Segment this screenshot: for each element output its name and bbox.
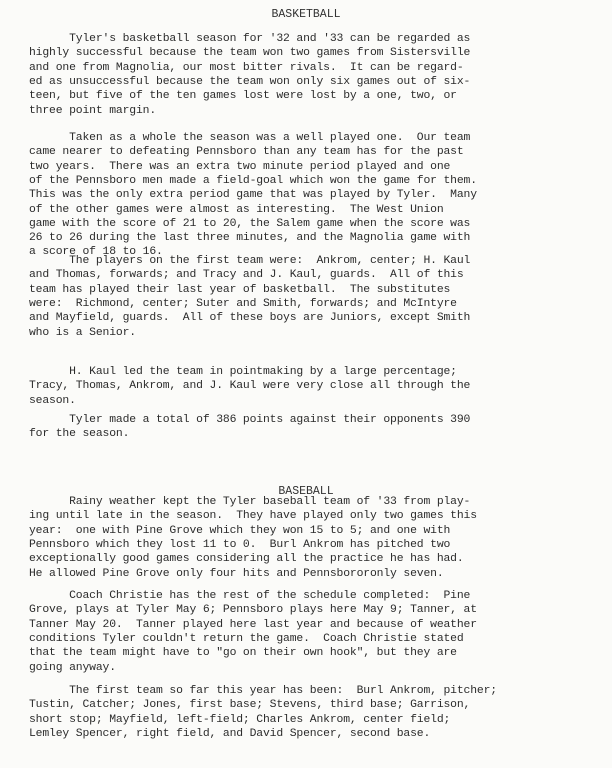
text-line: Tyler's basketball season for '32 and '3…	[29, 32, 470, 46]
text-line: who is a Senior.	[29, 326, 136, 340]
text-line: Tracy, Thomas, Ankrom, and J. Kaul were …	[29, 379, 470, 393]
text-line: exceptionally good games considering all…	[29, 552, 464, 566]
text-line: game with the score of 21 to 20, the Sal…	[29, 217, 470, 231]
text-line: Rainy weather kept the Tyler baseball te…	[29, 495, 470, 509]
text-line: and Mayfield, guards. All of these boys …	[29, 311, 470, 325]
text-line: year: one with Pine Grove which they won…	[29, 524, 450, 538]
typewritten-page: BASKETBALL Tyler's basketball season for…	[0, 0, 612, 768]
text-line: for the season.	[29, 427, 129, 441]
text-line: that the team might have to "go on their…	[29, 646, 457, 660]
text-line: going anyway.	[29, 661, 116, 675]
text-line: team has played their last year of baske…	[29, 283, 450, 297]
text-line: of the other games were almost as intere…	[29, 203, 444, 217]
text-line: ed as unsuccessful because the team won …	[29, 75, 470, 89]
text-line: Tyler made a total of 386 points against…	[29, 413, 470, 427]
text-line: and one from Magnolia, our most bitter r…	[29, 61, 464, 75]
text-line: The first team so far this year has been…	[29, 684, 497, 698]
text-line: He allowed Pine Grove only four hits and…	[29, 567, 444, 581]
text-line: were: Richmond, center; Suter and Smith,…	[29, 297, 457, 311]
text-line: came nearer to defeating Pennsboro than …	[29, 145, 464, 159]
text-line: This was the only extra period game that…	[29, 188, 477, 202]
text-line: season.	[29, 394, 76, 408]
text-line: of the Pennsboro men made a field-goal w…	[29, 174, 477, 188]
text-line: Grove, plays at Tyler May 6; Pennsboro p…	[29, 603, 477, 617]
text-line: Pennsboro which they lost 11 to 0. Burl …	[29, 538, 450, 552]
text-line: ing until late in the season. They have …	[29, 509, 477, 523]
text-line: The players on the first team were: Ankr…	[29, 254, 470, 268]
basketball-heading: BASKETBALL	[0, 8, 612, 21]
text-line: three point margin.	[29, 104, 156, 118]
text-line: 26 to 26 during the last three minutes, …	[29, 231, 470, 245]
text-line: short stop; Mayfield, left-field; Charle…	[29, 713, 450, 727]
text-line: Taken as a whole the season was a well p…	[29, 131, 470, 145]
text-line: teen, but five of the ten games lost wer…	[29, 89, 457, 103]
text-line: Lemley Spencer, right field, and David S…	[29, 727, 430, 741]
text-line: Tanner May 20. Tanner played here last y…	[29, 618, 477, 632]
text-line: conditions Tyler couldn't return the gam…	[29, 632, 464, 646]
text-line: Tustin, Catcher; Jones, first base; Stev…	[29, 698, 470, 712]
text-line: two years. There was an extra two minute…	[29, 160, 450, 174]
text-line: Coach Christie has the rest of the sched…	[29, 589, 470, 603]
text-line: highly successful because the team won t…	[29, 46, 470, 60]
text-line: and Thomas, forwards; and Tracy and J. K…	[29, 268, 464, 282]
text-line: H. Kaul led the team in pointmaking by a…	[29, 365, 457, 379]
